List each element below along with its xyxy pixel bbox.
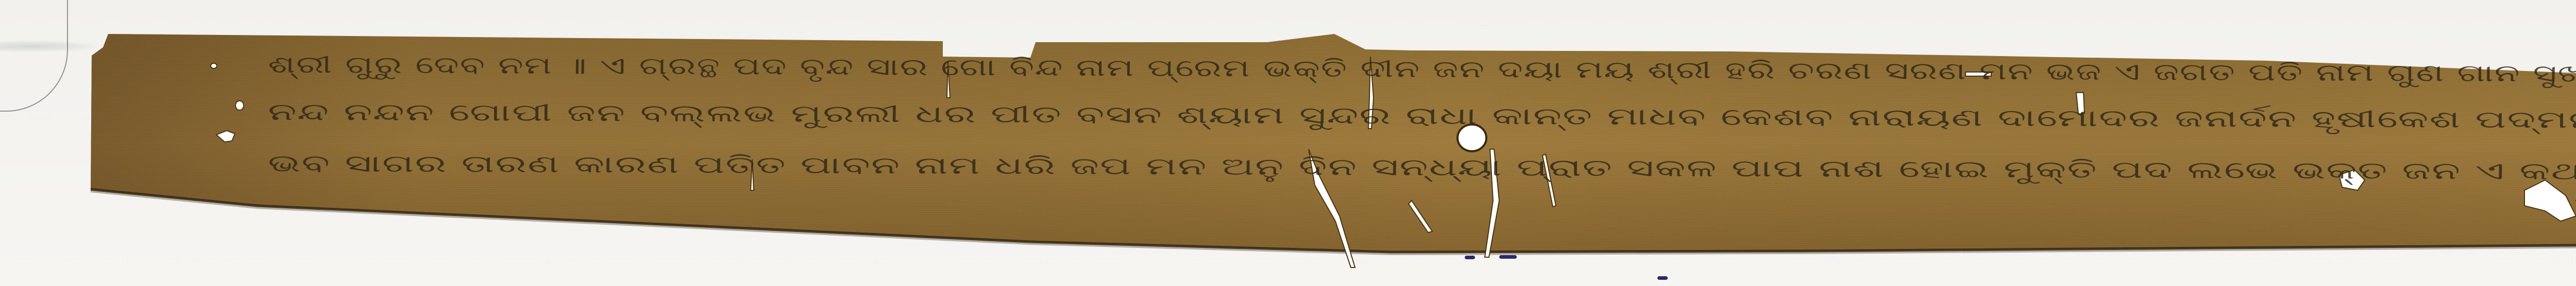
palm-leaf	[0, 0, 2576, 286]
ink-mark	[1657, 276, 1668, 280]
ink-mark	[1499, 255, 1517, 259]
ink-mark	[1465, 256, 1475, 259]
